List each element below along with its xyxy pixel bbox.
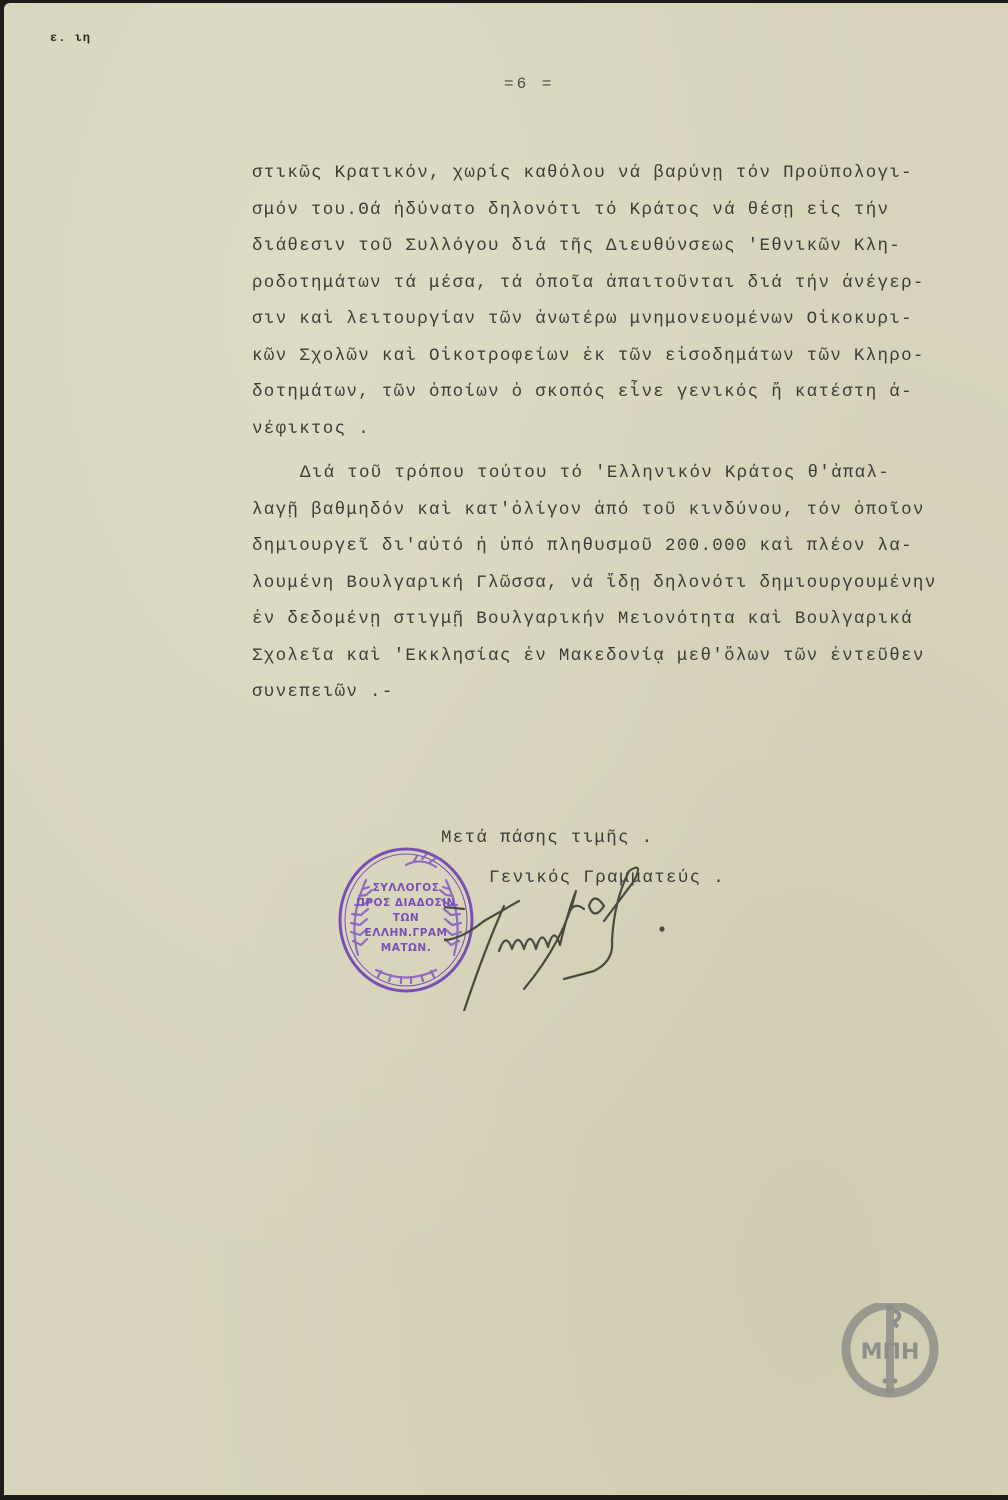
text-line: σιν καὶ λειτουργίαν τῶν ἀνωτέρω μνημονευ… — [252, 301, 992, 338]
letter-body: στικῶς Κρατικόν, χωρίς καθόλου νά βαρύνῃ… — [252, 155, 992, 711]
text-line: διάθεσιν τοῦ Συλλόγου διά τῆς Διευθύνσεω… — [252, 228, 992, 265]
handwritten-signature — [444, 861, 804, 1011]
text-line: στικῶς Κρατικόν, χωρίς καθόλου νά βαρύνῃ… — [252, 155, 992, 192]
page-number: =6 = — [504, 75, 554, 93]
text-line: συνεπειῶν .- — [252, 674, 992, 711]
document-page: ε. ιη =6 = στικῶς Κρατικόν, χωρίς καθόλο… — [4, 3, 1008, 1495]
signature-icon — [444, 861, 804, 1011]
text-line: ροδοτημάτων τά μέσα, τά ὁποῖα ἀπαιτοῦντα… — [252, 265, 992, 302]
paragraph-2: Διά τοῦ τρόπου τούτου τό 'Ελληνικόν Κράτ… — [252, 455, 992, 711]
text-line: κῶν Σχολῶν καὶ Οἰκοτροφείων ἐκ τῶν εἰσοδ… — [252, 338, 992, 375]
watermark-logo-icon: ΜΠΗ — [840, 1303, 940, 1403]
text-line: λαγῇ βαθμηδόν καὶ κατ'ὀλίγον ἀπό τοῦ κιν… — [252, 492, 992, 529]
text-line: λουμένη Βουλγαρική Γλῶσσα, νά ἴδῃ δηλονό… — [252, 565, 992, 602]
paragraph-gap — [252, 447, 992, 455]
archive-corner-mark: ε. ιη — [50, 31, 91, 45]
text-line: δοτημάτων, τῶν ὁποίων ὁ σκοπός εἶνε γενι… — [252, 374, 992, 411]
text-line: δημιουργεῖ δι'αὐτό ἡ ὑπό πληθυσμοῦ 200.0… — [252, 528, 992, 565]
text-line: ἐν δεδομένῃ στιγμῇ Βουλγαρικήν Μειονότητ… — [252, 601, 992, 638]
text-line: νέφικτος . — [252, 411, 992, 448]
text-line: σμόν του.Θά ἠδύνατο δηλονότι τό Κράτος ν… — [252, 192, 992, 229]
closing-salutation: Μετά πάσης τιμῆς . — [441, 818, 725, 858]
archive-watermark-logo: ΜΠΗ — [840, 1303, 940, 1403]
text-line: Σχολεῖα καὶ 'Εκκλησίας ἐν Μακεδονίᾳ μεθ'… — [252, 638, 992, 675]
paragraph-1: στικῶς Κρατικόν, χωρίς καθόλου νά βαρύνῃ… — [252, 155, 992, 447]
svg-text:ΜΠΗ: ΜΠΗ — [861, 1340, 920, 1365]
text-line: Διά τοῦ τρόπου τούτου τό 'Ελληνικόν Κράτ… — [252, 455, 992, 492]
